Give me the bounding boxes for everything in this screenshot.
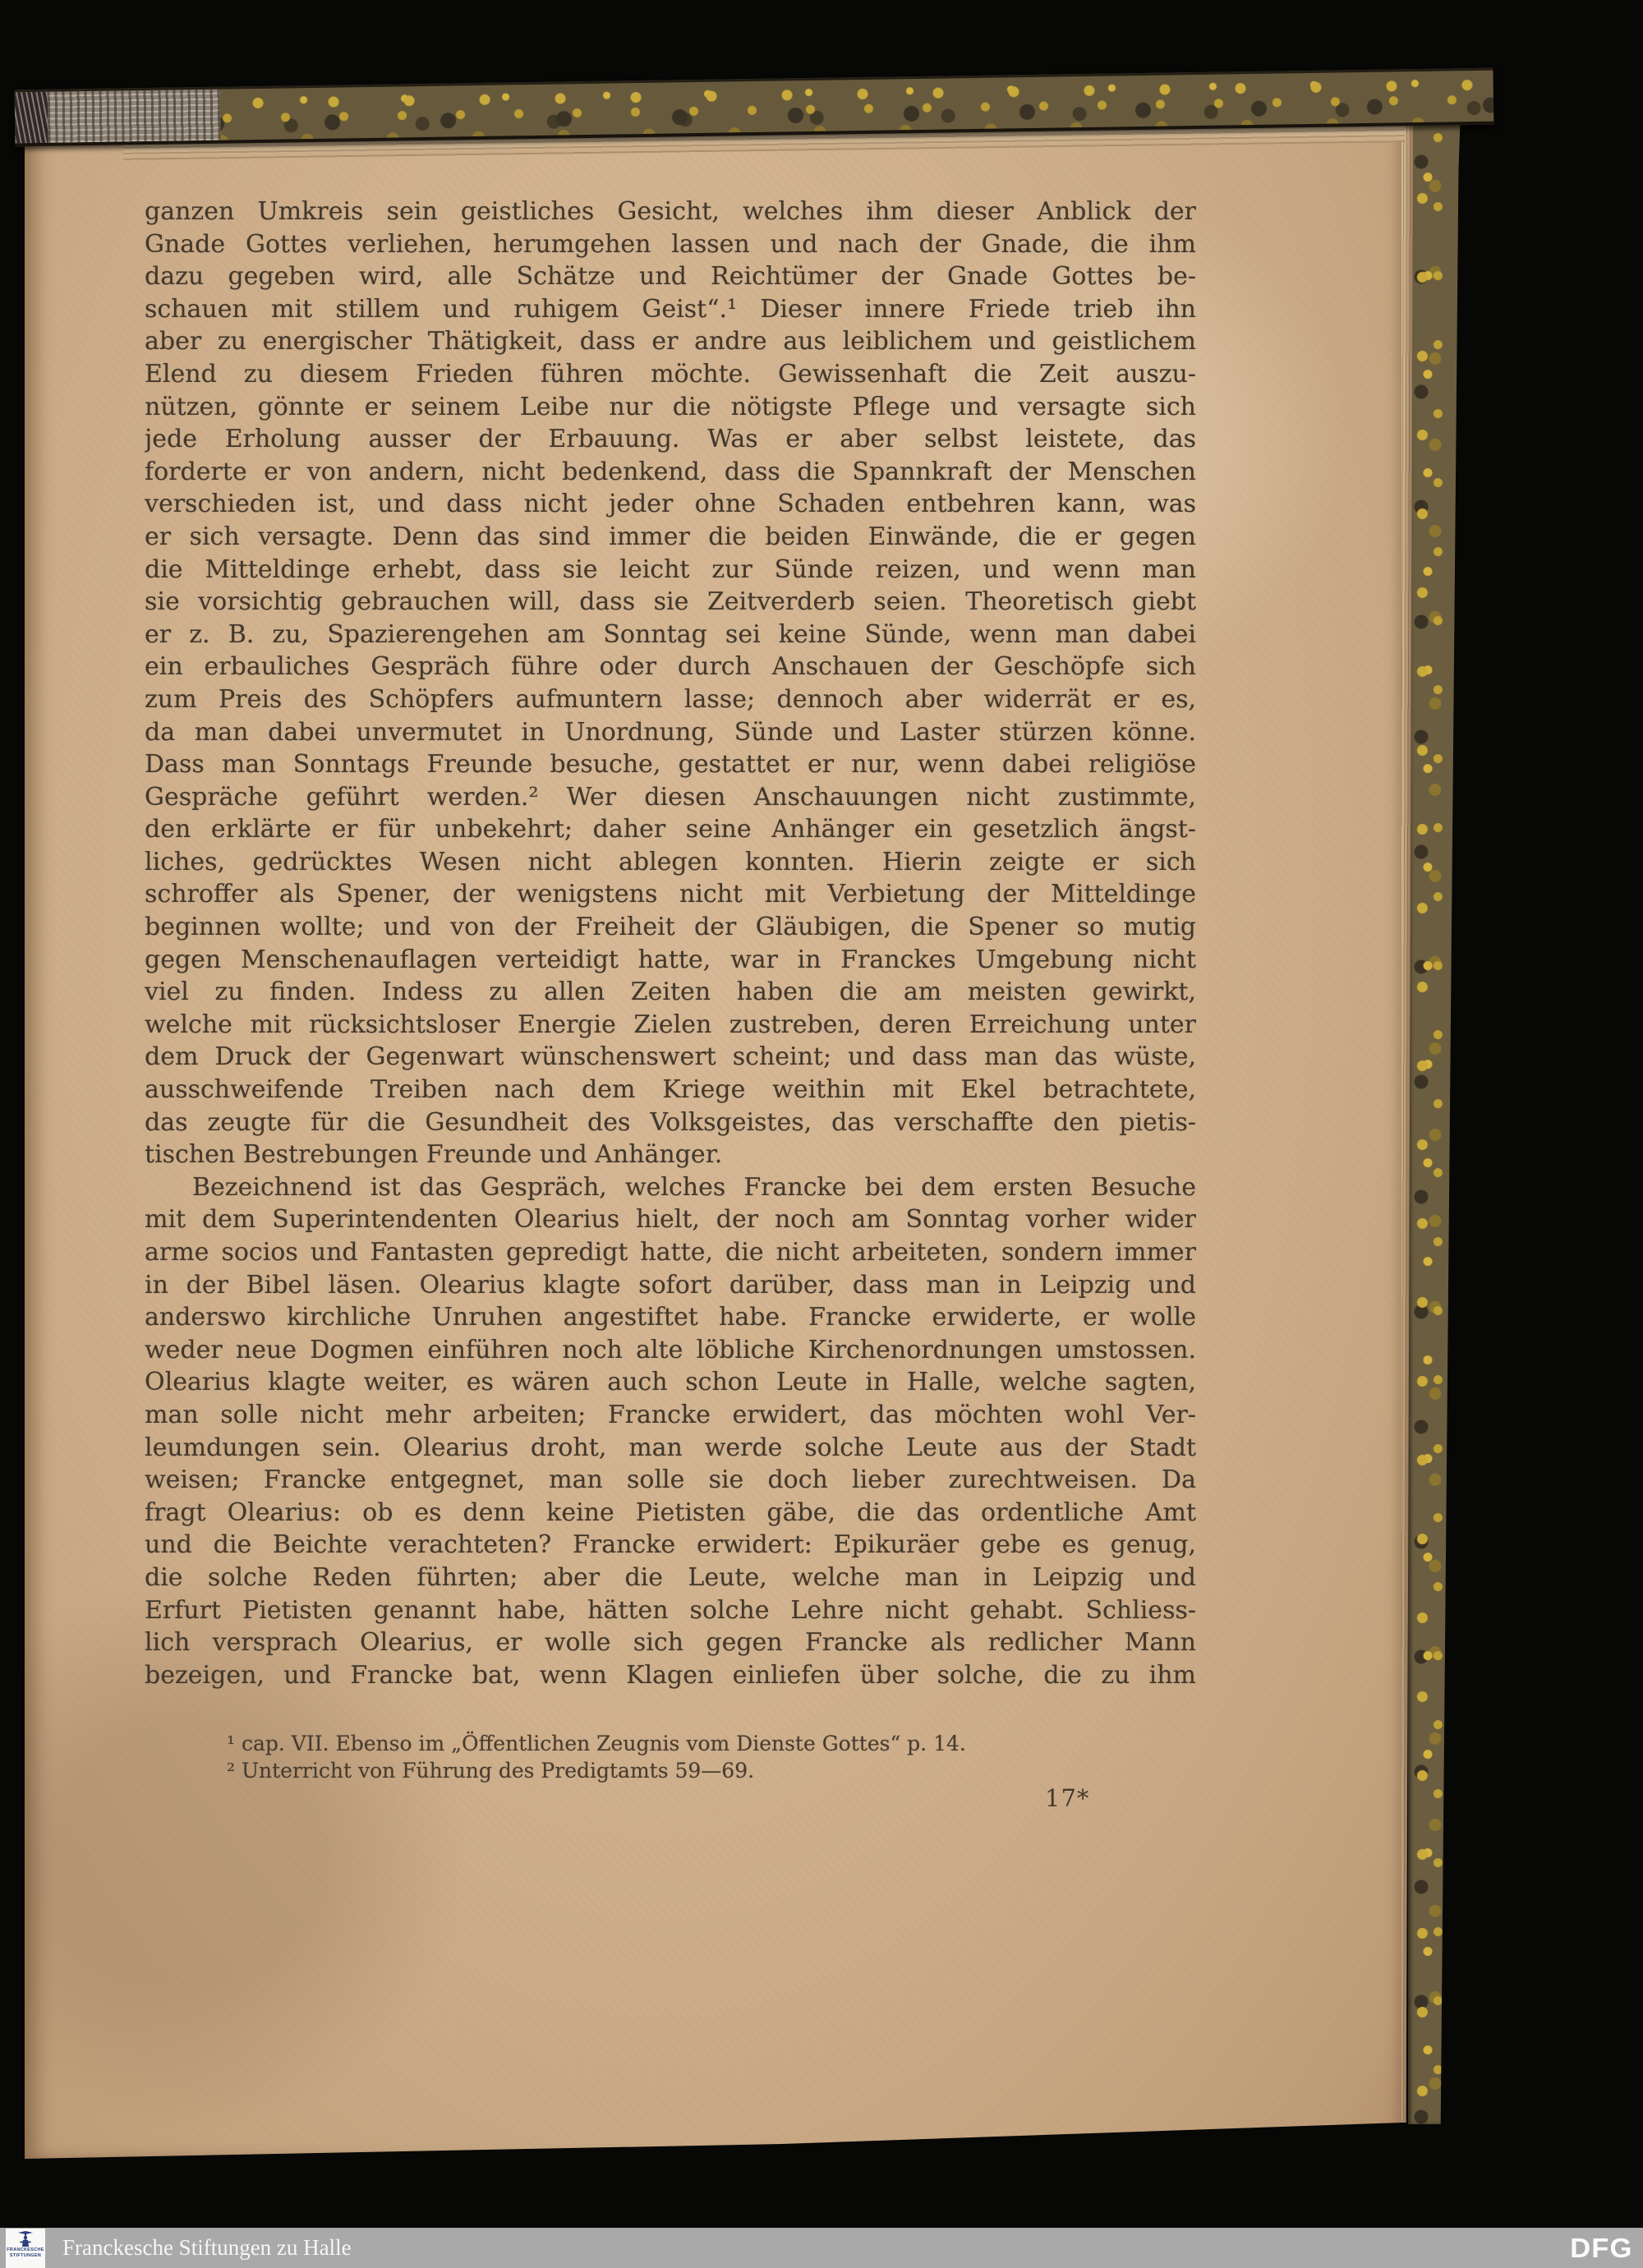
text-line: Bezeichnend ist das Gespräch, welches Fr…	[145, 1171, 1196, 1204]
text-line: jede Erholung ausser der Erbauung. Was e…	[145, 423, 1196, 456]
text-line: weisen; Francke entgegnet, man solle sie…	[145, 1464, 1196, 1497]
text-line: weder neue Dogmen einführen noch alte lö…	[145, 1334, 1196, 1367]
text-line: die Mitteldinge erhebt, dass sie leicht …	[145, 554, 1196, 587]
text-line: schauen mit stillem und ruhigem Geist“.¹…	[145, 293, 1196, 326]
text-line: bezeigen, und Francke bat, wenn Klagen e…	[145, 1659, 1196, 1692]
text-line: Erfurt Pietisten genannt habe, hätten so…	[145, 1594, 1196, 1627]
text-line: fragt Olearius: ob es denn keine Pietist…	[145, 1497, 1196, 1530]
text-line: beginnen wollte; und von der Freiheit de…	[145, 911, 1196, 944]
text-line: verschieden ist, und dass nicht jeder oh…	[145, 488, 1196, 521]
text-line: liches, gedrücktes Wesen nicht ablegen k…	[145, 846, 1196, 879]
francke-statue-icon	[16, 2231, 35, 2247]
text-line: er sich versagte. Denn das sind immer di…	[145, 521, 1196, 554]
text-line: schroffer als Spener, der wenigstens nic…	[145, 878, 1196, 911]
digitization-footer-bar: FRANCKESCHE STIFTUNGEN Franckesche Stift…	[0, 2228, 1643, 2268]
footnote-line: ¹ cap. VII. Ebenso im „Öffentlichen Zeug…	[227, 1730, 1147, 1757]
dfg-logo: DFG	[1571, 2228, 1633, 2268]
text-line: ein erbauliches Gespräch führe oder durc…	[145, 651, 1196, 683]
text-line: nützen, gönnte er seinem Leibe nur die n…	[145, 391, 1196, 424]
binding-cloth-hinge	[48, 90, 221, 143]
text-line: den erklärte er für unbekehrt; daher sei…	[145, 813, 1196, 846]
text-line: er z. B. zu, Spazierengehen am Sonntag s…	[145, 619, 1196, 651]
text-line: und die Beichte verachteten? Francke erw…	[145, 1529, 1196, 1562]
text-line: aber zu energischer Thätigkeit, dass er …	[145, 325, 1196, 358]
text-line: sie vorsichtig gebrauchen will, dass sie…	[145, 586, 1196, 619]
text-line: Gnade Gottes verliehen, herumgehen lasse…	[145, 228, 1196, 261]
scanned-book-photo: { "document": { "page_number": "259", "d…	[0, 0, 1643, 2268]
text-line: Dass man Sonntags Freunde besuche, gesta…	[145, 748, 1196, 781]
text-line: da man dabei unvermutet in Unordnung, Sü…	[145, 716, 1196, 749]
text-line: arme socios und Fantasten gepredigt hatt…	[145, 1236, 1196, 1269]
text-line: Olearius klagte weiter, es wären auch sc…	[145, 1366, 1196, 1399]
text-line: ganzen Umkreis sein geistliches Gesicht,…	[145, 196, 1196, 228]
text-line: das zeugte für die Gesundheit des Volksg…	[145, 1106, 1196, 1139]
text-block: ganzen Umkreis sein geistliches Gesicht,…	[145, 196, 1196, 1691]
text-line: Elend zu diesem Frieden führen möchte. G…	[145, 358, 1196, 391]
text-line: die solche Reden führten; aber die Leute…	[145, 1562, 1196, 1594]
text-line: Gespräche geführt werden.² Wer diesen An…	[145, 781, 1196, 814]
text-line: dazu gegeben wird, alle Schätze und Reic…	[145, 260, 1196, 293]
text-line: man solle nicht mehr arbeiten; Francke e…	[145, 1399, 1196, 1432]
footer-institution-label: Franckesche Stiftungen zu Halle	[62, 2228, 352, 2268]
logo-text-line2: STIFTUNGEN	[7, 2253, 44, 2259]
text-line: zum Preis des Schöpfers aufmuntern lasse…	[145, 683, 1196, 716]
logo-text-line1: FRANCKESCHE	[7, 2247, 44, 2253]
text-line: welche mit rücksichtsloser Energie Ziele…	[145, 1009, 1196, 1042]
footnote-line: ² Unterricht von Führung des Predigtamts…	[227, 1757, 1147, 1784]
footnotes-block: ¹ cap. VII. Ebenso im „Öffentlichen Zeug…	[227, 1730, 1147, 1784]
text-line: forderte er von andern, nicht bedenkend,…	[145, 456, 1196, 489]
logo-text: FRANCKESCHE STIFTUNGEN	[7, 2247, 44, 2258]
signature-mark: 17*	[1045, 1784, 1089, 1812]
text-line: ausschweifende Treiben nach dem Kriege w…	[145, 1074, 1196, 1106]
text-line: anderswo kirchliche Unruhen angestiftet …	[145, 1301, 1196, 1334]
text-line: lich versprach Olearius, er wolle sich g…	[145, 1626, 1196, 1659]
marbled-cover-edge-right	[1408, 110, 1461, 2124]
text-line: gegen Menschenauflagen verteidigt hatte,…	[145, 944, 1196, 977]
text-line: tischen Bestrebungen Freunde und Anhänge…	[145, 1139, 1196, 1171]
text-line: viel zu finden. Indess zu allen Zeiten h…	[145, 976, 1196, 1009]
franckesche-stiftungen-logo: FRANCKESCHE STIFTUNGEN	[6, 2229, 45, 2268]
text-line: leumdungen sein. Olearius droht, man wer…	[145, 1432, 1196, 1465]
text-line: in der Bibel läsen. Olearius klagte sofo…	[145, 1269, 1196, 1302]
text-line: dem Druck der Gegenwart wünschenswert sc…	[145, 1041, 1196, 1074]
text-line: mit dem Superintendenten Olearius hielt,…	[145, 1203, 1196, 1236]
